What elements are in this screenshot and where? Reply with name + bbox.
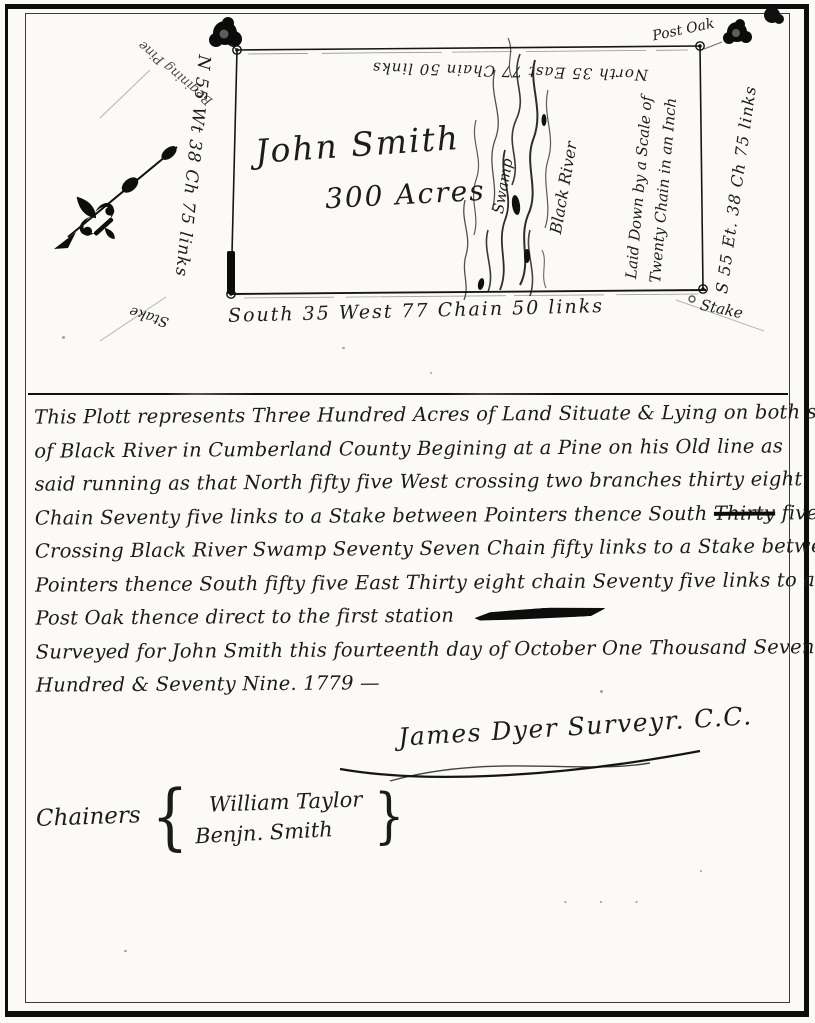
chainers-label: Chainers <box>36 802 142 832</box>
description-line7: Post Oak thence direct to the first stat… <box>35 604 454 630</box>
speckle <box>342 347 345 349</box>
ink-blot <box>227 251 235 294</box>
description-line4-pre: Chain Seventy five links to a Stake betw… <box>35 501 708 529</box>
speckle <box>430 372 432 374</box>
description-line: Crossing Black River Swamp Seventy Seven… <box>35 529 791 568</box>
survey-description: This Plott represents Three Hundred Acre… <box>34 395 792 702</box>
pine-tree-icon <box>209 17 242 49</box>
ink-dash <box>474 604 606 623</box>
faint-dots: · · · <box>563 893 652 911</box>
description-line4-post: five West <box>781 500 815 524</box>
description-line: of Black River in Cumberland County Begi… <box>34 429 790 468</box>
left-brace: { <box>151 786 188 847</box>
struck-word: Thirty <box>714 501 775 524</box>
description-line: This Plott represents Three Hundred Acre… <box>34 395 790 434</box>
corner-ink-blob <box>764 7 784 24</box>
description-line: said running as that North fifty five We… <box>34 462 790 501</box>
survey-document-page: John Smith 300 Acres N 55 Wt 38 Ch 75 li… <box>0 0 815 1023</box>
chainer-names: William Taylor Benjn. Smith <box>195 787 362 847</box>
description-line: Chain Seventy five links to a Stake betw… <box>35 496 791 535</box>
section-divider <box>28 393 788 395</box>
right-brace: } <box>374 791 405 842</box>
description-line: Hundred & Seventy Nine. 1779 — <box>36 663 792 702</box>
speckle <box>700 870 702 872</box>
compass-needle-icon <box>54 143 179 252</box>
description-line: Surveyed for John Smith this fourteenth … <box>36 630 792 669</box>
description-line: Post Oak thence direct to the first stat… <box>35 596 791 635</box>
chainers-block: Chainers { William Taylor Benjn. Smith } <box>36 786 410 847</box>
speckle <box>62 336 65 339</box>
description-line: Pointers thence South fifty five East Th… <box>35 563 791 602</box>
speckle <box>124 950 127 952</box>
speckle <box>600 690 603 693</box>
